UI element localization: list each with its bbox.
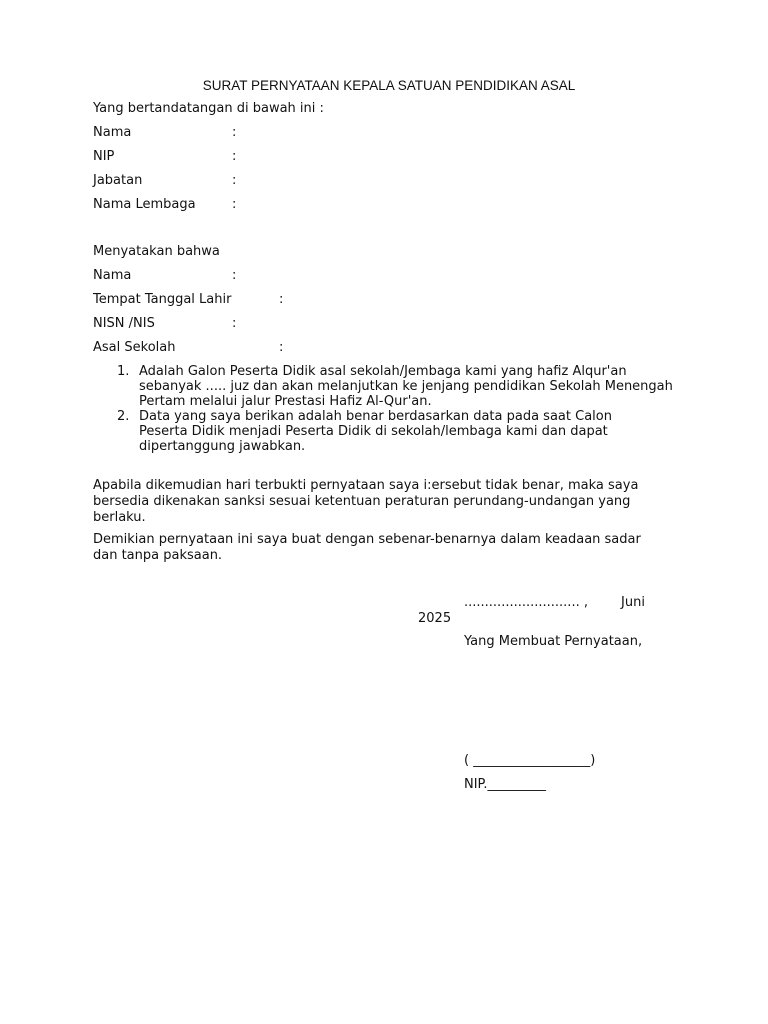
signature-nip-line: NIP._________ [464,777,546,793]
signature-month: Juni [621,595,645,611]
list-item: 2. Data yang saya berikan adalah benar b… [117,409,659,454]
signature-year: 2025 [418,611,451,627]
list-item-number: 1. [117,364,129,379]
signer-field-lembaga-colon: : [232,197,236,213]
signature-place-placeholder: ............................ , [464,595,588,611]
list-item: 1. Adalah Galon Peserta Didik asal sekol… [117,364,677,409]
signer-field-nip-label: NIP [93,149,114,165]
closing-paragraph: Demikian pernyataan ini saya buat dengan… [93,532,658,564]
signer-field-jabatan-label: Jabatan [93,173,142,189]
student-field-school-colon: : [279,340,283,356]
signature-caption: Yang Membuat Pernyataan, [464,634,642,650]
student-field-nisn-label: NISN /NIS [93,316,155,332]
student-field-nisn-colon: : [232,316,236,332]
document-title: SURAT PERNYATAAN KEPALA SATUAN PENDIDIKA… [0,78,768,94]
signer-field-jabatan-colon: : [232,173,236,189]
consequence-paragraph: Apabila dikemudian hari terbukti pernyat… [93,478,658,526]
statement-intro: Menyatakan bahwa [93,244,220,260]
signer-field-lembaga-label: Nama Lembaga [93,197,196,213]
student-field-birth-colon: : [279,292,283,308]
signer-field-name-colon: : [232,125,236,141]
statement-list: 1. Adalah Galon Peserta Didik asal sekol… [117,364,677,454]
signer-field-name-label: Nama [93,125,131,141]
intro-text: Yang bertandatangan di bawah ini : [93,101,324,117]
signature-name-line: ( __________________) [464,753,595,769]
student-field-school-label: Asal Sekolah [93,340,175,356]
list-item-text: Data yang saya berikan adalah benar berd… [139,409,659,454]
list-item-text: Adalah Galon Peserta Didik asal sekolah/… [139,364,679,409]
student-field-birth-label: Tempat Tanggal Lahir [93,292,231,308]
list-item-number: 2. [117,409,129,424]
student-field-name-colon: : [232,268,236,284]
document-page: SURAT PERNYATAAN KEPALA SATUAN PENDIDIKA… [0,0,768,1024]
signer-field-nip-colon: : [232,149,236,165]
student-field-name-label: Nama [93,268,131,284]
